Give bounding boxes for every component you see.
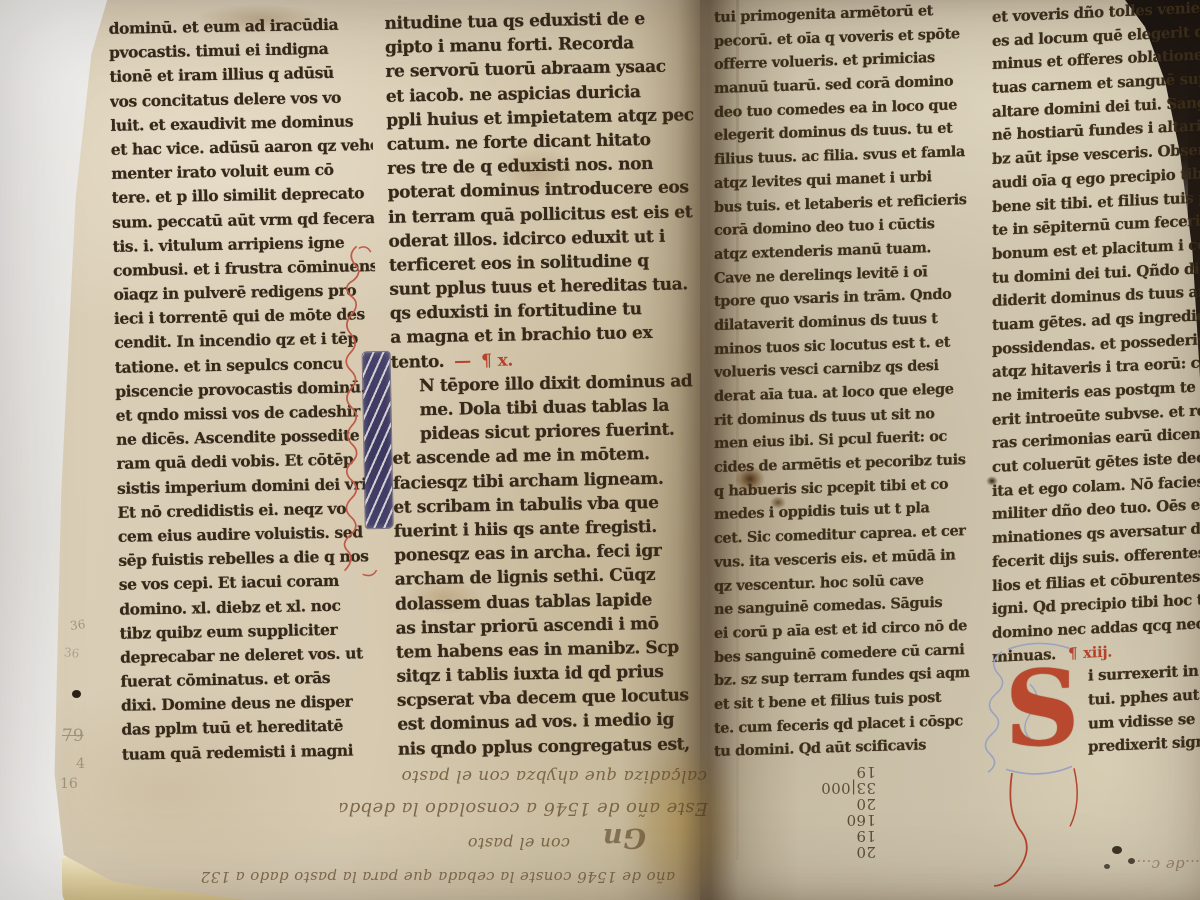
illuminated-initial-S: S bbox=[996, 658, 1088, 772]
pencil-mark: 36 bbox=[63, 645, 80, 661]
annotation-upside-down: con el pasto bbox=[430, 834, 570, 853]
annotation-upside-down: Este año de 1546 a consolado la debda pa… bbox=[340, 798, 708, 819]
pencil-mark: 4 bbox=[76, 756, 85, 772]
manuscript-text-line: 19 bbox=[754, 764, 876, 780]
manuscript-text-line: 19 bbox=[754, 828, 876, 844]
ink-blot bbox=[1112, 846, 1122, 854]
manuscript-text-line: 20 bbox=[754, 844, 876, 860]
column-4-chapter12-lines: et voveris dño tolles venieses ad locum … bbox=[992, 0, 1200, 646]
annotation-bottom-right-fragment: …de c… bbox=[1035, 856, 1200, 874]
ink-blot bbox=[1104, 864, 1110, 869]
pencil-number-79: 79 bbox=[62, 726, 84, 746]
ink-dot bbox=[72, 690, 81, 698]
manuscript-text-line: 33|000 bbox=[754, 780, 876, 796]
annotation-bottom-edge: año de 1546 conste la cebada que para la… bbox=[95, 868, 675, 886]
pencil-mark: 36 bbox=[69, 617, 86, 633]
right-page-text-block: tui primogenita armētorū etpecorū. et oī… bbox=[0, 0, 1200, 900]
ink-blot bbox=[1128, 858, 1135, 864]
annotation-flourish-monogram: Gn bbox=[566, 822, 646, 853]
arithmetic-figures-upside-down: 20191602033|00019 bbox=[754, 764, 876, 860]
right-page-column-1: tui primogenita armētorū etpecorū. et oī… bbox=[714, 0, 986, 764]
right-page-column-2: et voveris dño tolles venieses ad locum … bbox=[992, 0, 1200, 764]
manuscript-photo: dominū. et eum ad iracūdiapvocastis. tim… bbox=[0, 0, 1200, 900]
manuscript-text-line: 20 bbox=[754, 796, 876, 812]
pencil-mark: 16 bbox=[60, 776, 78, 792]
manuscript-text-line: 160 bbox=[754, 812, 876, 828]
annotation-upside-down: calçadiza que ahybza con el pasto bbox=[335, 766, 707, 786]
